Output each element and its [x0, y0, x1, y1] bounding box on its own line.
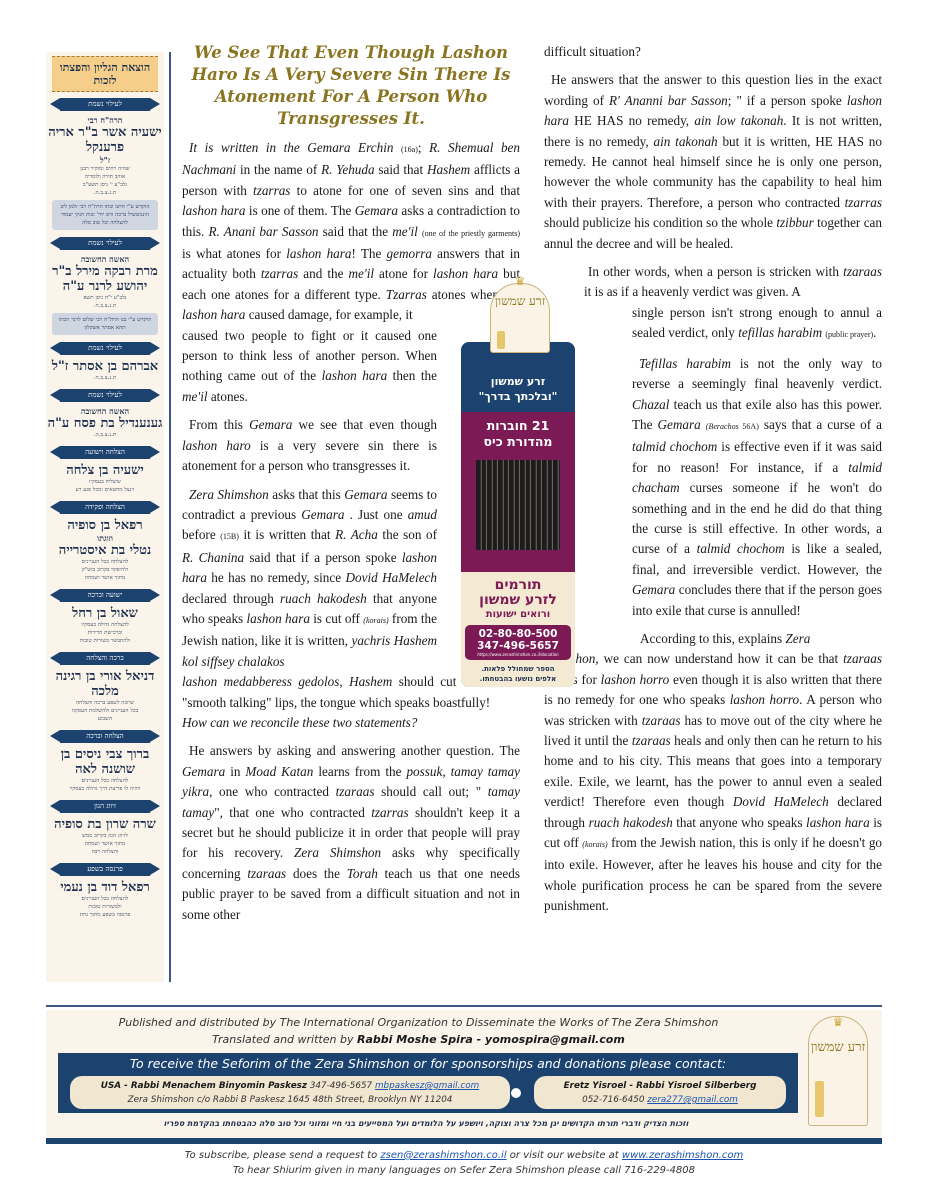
dedication-line: שיזכה לשפע ברכה והצלחה [46, 699, 164, 707]
dedication-line: אוהב תורה ולומדיה [46, 173, 164, 181]
subscribe-info: To subscribe, please send a request to z… [46, 1148, 882, 1178]
dedication-line: והצלחה רבה [46, 848, 164, 856]
footer-bar [46, 1138, 882, 1144]
dedication-name: מרת רבקה מירל ב"ר יהושע לרנר ע"ה [46, 264, 164, 294]
israel-email-link[interactable]: zera277@gmail.com [647, 1095, 738, 1105]
dedication-block: פרנסה בשפע רפאל דוד בן נעמי להצלחה בכל ה… [46, 863, 164, 919]
dedication-suffix: ז"ל [46, 155, 164, 165]
article-paragraph: difficult situation? [544, 42, 882, 62]
ad-title-line: "ובלכתך בדרך" [461, 389, 575, 404]
article-paragraph: He answers that the answer to this quest… [544, 70, 882, 254]
hebrew-blessing: וזכות הצדיק ודברי תורתו הקדושים יגן מכל … [46, 1117, 806, 1131]
ad-phone-usa: 347-496-5657 [465, 640, 571, 652]
usa-phone: 347-496-5657 [310, 1081, 372, 1091]
dedication-name: גענענדיל בת פסח ע"ה [46, 416, 164, 431]
dedication-line: לזיווג הגון בקרוב ממש [46, 832, 164, 840]
dedication-banner: הצלחה וישועה [60, 446, 150, 459]
ad-phone-box: 02-80-80-500 347-496-5657 https://www.ze… [465, 625, 571, 660]
subscribe-prefix: To subscribe, please send a request to [185, 1150, 377, 1161]
dedication-block: לעילוי נשמת אברהם בן אסתר ז"ל ת.נ.צ.ב.ה. [46, 342, 164, 382]
dedication-banner: לעילוי נשמת [60, 389, 150, 402]
dedication-line: בכל העניינים ולהשלמת העסקה [46, 707, 164, 715]
dedication-banner: לעילוי נשמת [60, 342, 150, 355]
dedication-line: שיצליח בעסקיו [46, 478, 164, 486]
dedication-banner: פרנסה בשפע [60, 863, 150, 876]
dedication-line: ת.נ.צ.ב.ה. [46, 374, 164, 382]
publisher-info: Published and distributed by The Interna… [46, 1014, 791, 1048]
dedication-banner: ברכה והצלחה [60, 652, 150, 665]
dedication-line: להצלחה בכל העניינים [46, 558, 164, 566]
ad-donate-line: לזרע שמשון [461, 593, 575, 608]
shiurim-line: To hear Shiurim given in many languages … [46, 1163, 882, 1178]
article-paragraph: Zera Shimshon asks that this Gemara seem… [182, 485, 437, 673]
dedication-name: ישעיה אשר ב"ר אריה פרענקל [46, 125, 164, 155]
dedication-line: שהיה רחים ומוקיר רבנן [46, 165, 164, 173]
divider-dot [511, 1088, 521, 1098]
dedication-banner: ישועה וברכה [60, 589, 150, 602]
subscribe-line: To subscribe, please send a request to z… [46, 1148, 882, 1163]
ad-donate: תורמים לזרע שמשון ורואים ישועות 02-80-80… [461, 572, 575, 687]
contact-box: To receive the Seforim of the Zera Shims… [58, 1053, 798, 1113]
usa-address: Zera Shimshon c/o Rabbi B Paskesz 1645 4… [70, 1093, 510, 1107]
article-paragraph: In other words, when a person is stricke… [544, 262, 882, 303]
article-paragraph: From this Gemara we see that even though… [182, 415, 437, 476]
ad-volumes-line: 21 חוברות [461, 418, 575, 434]
dedication-name: רפאל בן סופיה [46, 518, 164, 533]
dedication-line: מתוך אושר ושמחה [46, 840, 164, 848]
dedication-line: ולהתבשר בשורות טובות [46, 637, 164, 645]
article-column-2: difficult situation? He answers that the… [544, 42, 882, 917]
article-paragraph: single person isn't strong enough to ann… [632, 303, 882, 346]
candle-icon [497, 331, 505, 349]
published-line: Published and distributed by The Interna… [46, 1014, 791, 1031]
dedication-banner: הצלחה ופקידה [60, 501, 150, 514]
dedication-block: הצלחה וישועה ישעיה בן צלחה שיצליח בעסקיו… [46, 446, 164, 494]
dedication-line: ולבשורות טובות [46, 903, 164, 911]
dedication-name: נטלי בת איסטרייה [46, 543, 164, 558]
contact-title: To receive the Seforim of the Zera Shims… [58, 1053, 798, 1075]
dedication-title: הרה"ח רבי [46, 115, 164, 125]
dedication-block: ברכה והצלחה דניאל אורי בן רגינה מלכה שיז… [46, 652, 164, 723]
dedication-line: להצלחה בכל העניינים [46, 895, 164, 903]
closing-question: How can we reconcile these two statement… [182, 713, 520, 733]
dedication-block: לעילוי נשמת הרה"ח רבי ישעיה אשר ב"ר אריה… [46, 98, 164, 230]
subscribe-email-link[interactable]: zsen@zerashimshon.co.il [380, 1150, 506, 1161]
dedication-line: להצלחה בכל העניינים [46, 777, 164, 785]
sidebar-header: הוצאת הגליון והפצתו לזכות [52, 56, 158, 92]
ad-footer-line: אלפים נושעו בהבטחתו. [461, 674, 575, 684]
usa-contact-name: USA - Rabbi Menachem Binyomin Paskesz [101, 1081, 307, 1091]
translator: Rabbi Moshe Spira - yomospira@gmail.com [357, 1033, 625, 1046]
dedication-line: נלב"ע י"ח ניסן תשפ [46, 294, 164, 302]
ad-url[interactable]: https://www.zerashimshon.co.il/donation [465, 652, 571, 658]
dedication-block: לעילוי נשמת האשה החשובה מרת רבקה מירל ב"… [46, 237, 164, 335]
dedication-block: הצלחה ופקידה רפאל בן סופיה וזוגתו נטלי ב… [46, 501, 164, 582]
dedication-name: ישעיה בן צלחה [46, 463, 164, 478]
article-paragraph: It is written in the Gemara Erchin (16a)… [182, 138, 520, 326]
article-headline: We See That Even Though Lashon Haro Is A… [182, 42, 520, 130]
article-paragraph: Shimshon, we can now understand how it c… [544, 649, 882, 916]
dedication-note: הוקדש ע"י בנו הרה"ח רבי שלום לרנר וזכתו … [52, 313, 158, 335]
israel-phone: 052-716-6450 [582, 1095, 644, 1105]
dedication-banner: לעילוי נשמת [60, 98, 150, 111]
ad-volumes-line: מהדורת כיס [461, 434, 575, 450]
article-paragraph: According to this, explains Zera [632, 629, 882, 649]
publisher-footer: Published and distributed by The Interna… [46, 1010, 882, 1138]
website-link[interactable]: www.zerashimshon.com [622, 1150, 743, 1161]
candle-icon [815, 1081, 824, 1117]
ad-volumes: 21 חוברות מהדורת כיס [461, 412, 575, 572]
ad-logo: ♛ זרע שמשון [490, 283, 550, 353]
zera-shimshon-ad[interactable]: זרע שמשון "ובלכתך בדרך" 21 חוברות מהדורת… [461, 342, 575, 687]
crown-icon: ♛ [809, 1015, 867, 1029]
translated-prefix: Translated and written by [212, 1033, 353, 1046]
dedication-name: רפאל דוד בן נעמי [46, 880, 164, 895]
dedication-line: ויהיה לו פריצת דרך גדולה בעסקיו [46, 785, 164, 793]
footer-divider [46, 1005, 882, 1007]
article-paragraph: Tefillas harabim is not the only way to … [632, 354, 882, 621]
dedication-line: נלב"ע י' ניסן תשע"ב [46, 181, 164, 189]
article-paragraph: He answers by asking and answering anoth… [182, 741, 520, 925]
translated-line: Translated and written by Rabbi Moshe Sp… [46, 1031, 791, 1048]
dedication-note: הוקדש ע"י חתנו ובתו הרה"ח רבי זלמן ליב ה… [52, 200, 158, 230]
ad-donate-line: תורמים [461, 578, 575, 593]
dedication-banner: זיווג הגון [60, 800, 150, 813]
dedication-title: וזוגתו [46, 533, 164, 543]
dedication-name: שרה שרון בת סופיה [46, 817, 164, 832]
israel-contact-card: Eretz Yisroel - Rabbi Yisroel Silberberg… [534, 1076, 786, 1109]
dedication-block: לעילוי נשמת האשה החשובה גענענדיל בת פסח … [46, 389, 164, 439]
subscribe-mid: or visit our website at [510, 1150, 619, 1161]
dedication-line: מתוך אושר ושמחה [46, 574, 164, 582]
dedication-line: ת.נ.צ.ב.ה. [46, 189, 164, 197]
usa-email-link[interactable]: mbpaskesz@gmail.com [375, 1081, 479, 1091]
dedication-line: להצלחה גדולה בעסקיו [46, 621, 164, 629]
ad-logo-text: זרע שמשון [491, 295, 549, 308]
article-paragraph: caused two people to fight or it caused … [182, 326, 437, 408]
dedication-line: ת.נ.צ.ב.ה. [46, 302, 164, 310]
dedication-line: ת.נ.צ.ב.ה. [46, 431, 164, 439]
dedication-title: האשה החשובה [46, 406, 164, 416]
ad-donate-line: ורואים ישועות [461, 608, 575, 621]
dedication-name: דניאל אורי בן רגינה מלכה [46, 669, 164, 699]
sidebar-divider [169, 52, 171, 982]
books-image [476, 460, 560, 550]
dedication-title: האשה החשובה [46, 254, 164, 264]
dedication-banner: הצלחה וברכה [60, 730, 150, 743]
dedication-line: וברכישת הדירות [46, 629, 164, 637]
ad-footer-line: הספר שמחולל פלאות. [461, 664, 575, 674]
dedications-sidebar: הוצאת הגליון והפצתו לזכות לעילוי נשמת הר… [46, 52, 164, 982]
dedication-block: ישועה וברכה שאול בן רחל להצלחה גדולה בעס… [46, 589, 164, 645]
dedication-banner: לעילוי נשמת [60, 237, 150, 250]
dedication-block: זיווג הגון שרה שרון בת סופיה לזיווג הגון… [46, 800, 164, 856]
dedication-line: השבוע [46, 715, 164, 723]
ad-footer: הספר שמחולל פלאות. אלפים נושעו בהבטחתו. [461, 664, 575, 684]
dedication-block: הצלחה וברכה ברוך צבי ניסים בן שושנה לאה … [46, 730, 164, 793]
crown-icon: ♛ [491, 275, 549, 287]
dedication-line: ולהיפקד בקרוב בזש"ק [46, 566, 164, 574]
ad-title-line: זרע שמשון [461, 374, 575, 389]
dedication-line: פרנסה בשפע מתוך נחת [46, 911, 164, 919]
ad-phone-israel: 02-80-80-500 [465, 628, 571, 640]
dedication-name: ברוך צבי ניסים בן שושנה לאה [46, 747, 164, 777]
dedication-name: אברהם בן אסתר ז"ל [46, 359, 164, 374]
dedication-line: וינצל מחטאים ומכל פגע רע [46, 486, 164, 494]
footer-logo-text: זרע שמשון [809, 1041, 867, 1055]
usa-contact-card: USA - Rabbi Menachem Binyomin Paskesz 34… [70, 1076, 510, 1109]
footer-logo: ♛ זרע שמשון [808, 1016, 868, 1126]
dedication-name: שאול בן רחל [46, 606, 164, 621]
israel-contact-name: Eretz Yisroel - Rabbi Yisroel Silberberg [564, 1081, 757, 1091]
